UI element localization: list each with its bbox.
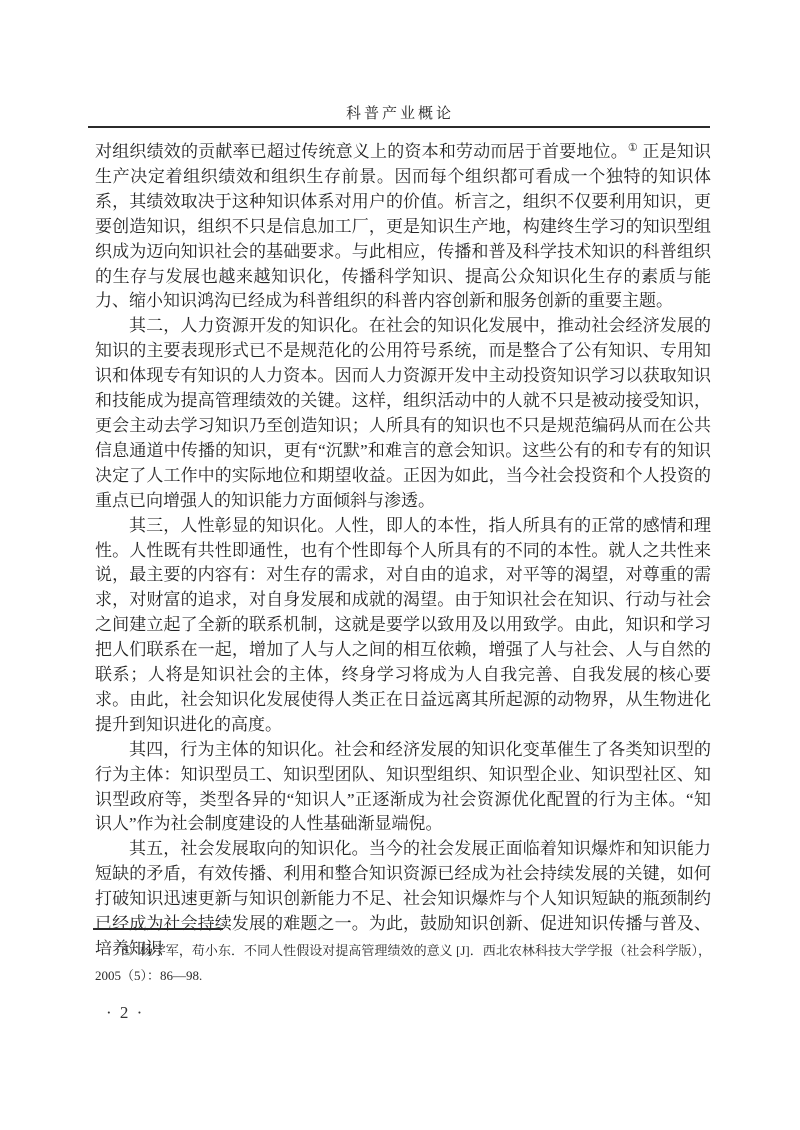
page-number: · 2 · bbox=[106, 1003, 144, 1023]
running-head-title: 科普产业概论 bbox=[0, 102, 800, 123]
footnote-ref-marker: ① bbox=[628, 142, 638, 154]
book-page: 科普产业概论 对组织绩效的贡献率已超过传统意义上的资本和劳动而居于首要地位。① … bbox=[0, 0, 800, 1130]
paragraph-2: 其二，人力资源开发的知识化。在社会的知识化发展中，推动社会经济发展的知识的主要表… bbox=[95, 314, 711, 513]
paragraph-3: 其三，人性彰显的知识化。人性，即人的本性，指人所具有的正常的感情和理性。人性既有… bbox=[95, 514, 711, 738]
footnote-marker: ① bbox=[121, 943, 133, 958]
footnote-separator-rule bbox=[93, 928, 223, 930]
paragraph-1: 对组织绩效的贡献率已超过传统意义上的资本和劳动而居于首要地位。① 正是知识生产决… bbox=[95, 140, 711, 314]
body-text: 对组织绩效的贡献率已超过传统意义上的资本和劳动而居于首要地位。① 正是知识生产决… bbox=[95, 140, 711, 962]
paragraph-1-after-ref: 正是知识生产决定着组织绩效和组织生存前景。因而每个组织都可看成一个独特的知识体系… bbox=[95, 142, 711, 310]
paragraph-4: 其四，行为主体的知识化。社会和经济发展的知识化变革催生了各类知识型的行为主体：知… bbox=[95, 738, 711, 838]
footnote: ①杨学军，苟小东．不同人性假设对提高管理绩效的意义 [J]．西北农林科技大学学报… bbox=[95, 938, 711, 988]
paragraph-1-before-ref: 对组织绩效的贡献率已超过传统意义上的资本和劳动而居于首要地位。 bbox=[95, 142, 628, 161]
header-rule bbox=[88, 126, 710, 128]
footnote-text: 杨学军，苟小东．不同人性假设对提高管理绩效的意义 [J]．西北农林科技大学学报（… bbox=[95, 943, 711, 983]
